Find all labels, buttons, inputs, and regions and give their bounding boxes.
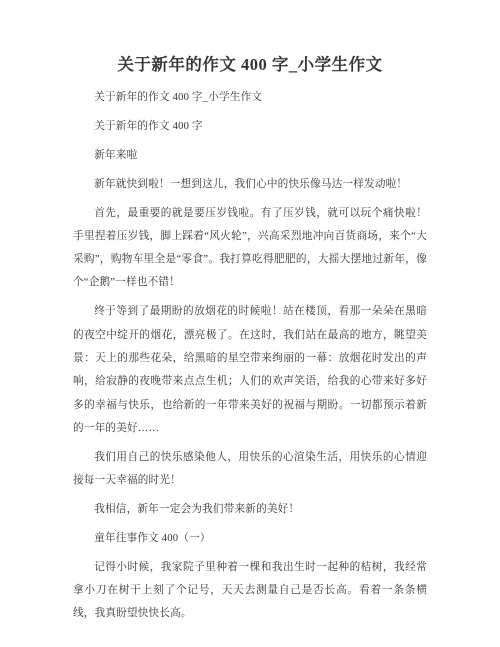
paragraph-section-heading: 童年往事作文 400（一） [73, 527, 427, 550]
paragraph: 终于等到了最期盼的放烟花的时候啦！站在楼顶，看那一朵朵在黑暗的夜空中绽开的烟花，… [73, 300, 427, 440]
paragraph: 我相信，新年一定会为我们带来新的美好！ [73, 498, 427, 521]
document-title: 关于新年的作文 400 字_小学生作文 [73, 53, 427, 77]
paragraph: 新年就快到啦！一想到这儿，我们心中的快乐像马达一样发动啦！ [73, 173, 427, 196]
document-page: 关于新年的作文 400 字_小学生作文 关于新年的作文 400 字_小学生作文 … [0, 0, 500, 647]
paragraph: 首先，最重要的就是要压岁钱啦。有了压岁钱，就可以玩个痛快啦！手里捏着压岁钱，脚上… [73, 202, 427, 295]
paragraph: 记得小时候，我家院子里种着一棵和我出生时一起种的桔树，我经常拿小刀在树干上刻了个… [73, 556, 427, 626]
paragraph-subtitle: 关于新年的作文 400 字_小学生作文 [73, 86, 427, 109]
paragraph: 我们用自己的快乐感染他人，用快乐的心渲染生活，用快乐的心情迎接每一天幸福的时光！ [73, 446, 427, 493]
paragraph-section-heading: 新年来啦 [73, 144, 427, 167]
paragraph-subtitle-short: 关于新年的作文 400 字 [73, 115, 427, 138]
